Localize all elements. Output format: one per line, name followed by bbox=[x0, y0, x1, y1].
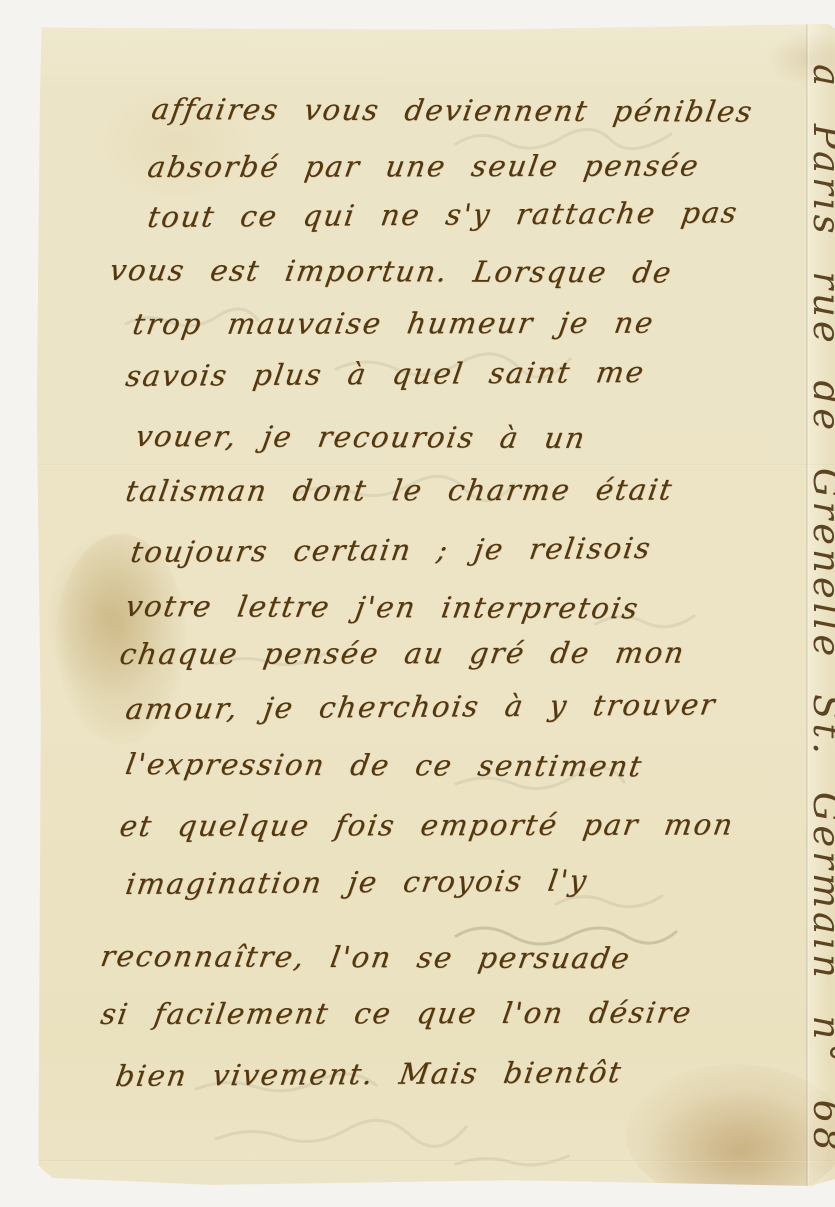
letter-line: trop mauvaise humeur je ne bbox=[133, 306, 655, 341]
letter-line: et quelque fois emporté par mon bbox=[120, 807, 734, 843]
letter-line: savois plus à quel saint me bbox=[126, 355, 645, 393]
letter-line: affaires vous deviennent pénibles bbox=[152, 92, 753, 129]
letter-line: tout ce qui ne s'y rattache pas bbox=[148, 195, 739, 234]
letter-line: reconnaître, l'on se persuade bbox=[101, 939, 631, 975]
letter-line: vous est importun. Lorsque de bbox=[110, 253, 673, 289]
letter-line: chaque pensée au gré de mon bbox=[120, 636, 685, 671]
letter-line: imagination je croyois l'y bbox=[126, 863, 588, 901]
letter-line: bien vivement. Mais bientôt bbox=[116, 1055, 623, 1093]
letter-line: absorbé par une seule pensée bbox=[148, 149, 700, 184]
letter-body: affaires vous deviennent pénibles absorb… bbox=[36, 24, 835, 1186]
letter-line: l'expression de ce sentiment bbox=[126, 747, 643, 783]
letter-line: si facilement ce que l'on désire bbox=[101, 995, 692, 1031]
letter-line: votre lettre j'en interpretois bbox=[126, 589, 639, 625]
letter-line: vouer, je recourois à un bbox=[136, 419, 586, 455]
scan-background: affaires vous deviennent pénibles absorb… bbox=[0, 0, 835, 1207]
letter-line: talisman dont le charme était bbox=[126, 473, 673, 508]
letter-page: affaires vous deviennent pénibles absorb… bbox=[36, 24, 835, 1186]
letter-line: toujours certain ; je relisois bbox=[131, 531, 652, 569]
letter-line: amour, je cherchois à y trouver bbox=[126, 687, 717, 726]
margin-address-note: à Paris rue de Grenelle St. Germain n° 6… bbox=[805, 64, 835, 1155]
